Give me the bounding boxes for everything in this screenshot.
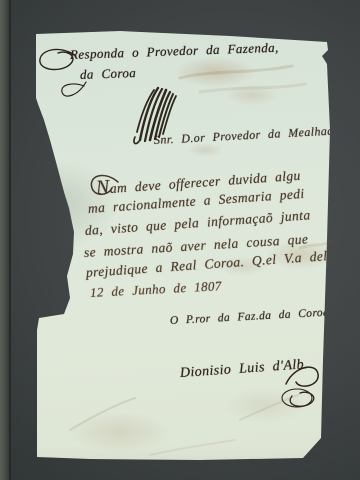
manuscript-paper: Responda o Provedor da Fazenda, da Coroa… — [0, 0, 360, 480]
photo-backdrop: Responda o Provedor da Fazenda, da Coroa… — [0, 0, 360, 480]
backdrop-left-strip — [0, 0, 11, 480]
body-line-1: Nam deve offerecer duvida algu — [95, 163, 301, 200]
date-line: 12 de Junho de 1807 — [90, 278, 223, 301]
docket-line-2: da Coroa — [80, 65, 137, 83]
body-line-5: prejudique a Real Coroa. Q.el V.a dela — [85, 248, 335, 281]
addressee-line: Snr. D.or Provedor da Mealhada — [154, 123, 341, 148]
body-line-2: ma racionalmente a Sesmaria pedi — [87, 186, 305, 217]
closing-line: O P.ror da Faz.da da Coroa — [170, 307, 330, 327]
signature-line: Dionisio Luis d'Alb. — [179, 357, 308, 382]
body-line-4: se mostra naõ aver nela cousa que — [84, 231, 309, 261]
body-line-3: da, visto que pela informaçaõ junta — [84, 207, 311, 239]
docket-line-1: Responda o Provedor da Fazenda, — [70, 40, 279, 63]
